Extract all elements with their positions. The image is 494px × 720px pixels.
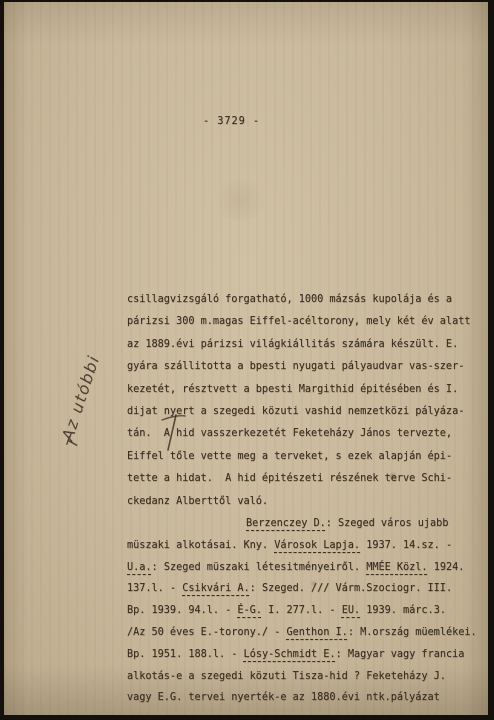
bibliography-text: 1924. [428,562,465,573]
bibliography-text: alkotás-e a szegedi közuti Tisza-hid ? F… [127,671,446,682]
bibliography-text: Bp. 1951. 188.l. - [127,649,244,660]
body-paragraph: csillagvizsgáló forgatható, 1000 mázsás … [127,289,487,513]
paragraph-line: gyára szállitotta a bpesti nyugati pálya… [127,356,487,378]
scanned-document-page: - 3729 - Az utóbbi T csillagvizsgáló for… [0,0,494,720]
paragraph-line: csillagvizsgáló forgatható, 1000 mázsás … [127,289,487,311]
bibliography-text: : Szeged. /// Várm.Szociogr. III. [250,583,452,594]
bibliography-line: Bp. 1939. 94.l. - É-G. I. 277.l. - EU. 1… [127,600,489,622]
bibliography-line: 137.l. - Csikvári A.: Szeged. /// Várm.S… [127,578,489,600]
bibliography-line: /Az 50 éves E.-torony./ - Genthon I.: M.… [127,622,489,644]
bibliography-line: U.a.: Szeged müszaki létesitményeiről. M… [127,557,489,579]
paragraph-line: párizsi 300 m.magas Eiffel-acéltorony, m… [127,311,487,333]
page-number: - 3729 - [203,116,260,127]
bibliography-reference-name: MMÉE Közl. [366,562,427,573]
bibliography-reference-name: Csikvári A. [182,583,249,594]
bibliography-text: : Magyar vagy francia [336,649,465,660]
paragraph-line: ckedanz Alberttől való. [127,491,487,513]
bibliography-reference-name: Lósy-Schmidt E. [244,649,336,660]
bibliography-reference-name: Berzenczey D. [246,518,326,529]
bibliography-text: 1937. 14.sz. - [360,540,452,551]
bibliography-text: : Szeged város ujabb [326,518,449,529]
bibliography-line: vagy E.G. tervei nyerték-e az 1880.évi n… [127,687,489,709]
bibliography-reference-name: Genthon I. [286,627,347,638]
bibliography-text: : Szeged müszaki létesitményeiről. [152,562,367,573]
bibliography-text: müszaki alkotásai. Kny. [127,540,274,551]
paragraph-line: tán. A hid vasszerkezetét Feketeházy Ján… [127,423,487,445]
bibliography-text: /Az 50 éves E.-torony./ - [127,627,286,638]
bibliography-text: vagy E.G. tervei nyerték-e az 1880.évi n… [127,692,440,703]
paragraph-line: kezetét, résztvett a bpesti Margithid ép… [127,379,487,401]
paragraph-line: Eiffel tőle vette meg a terveket, s ezek… [127,446,487,468]
bibliography-reference-name: U.a. [127,562,152,573]
bibliography-text: 137.l. - [127,583,182,594]
bibliography-line: Bp. 1951. 188.l. - Lósy-Schmidt E.: Magy… [127,644,489,666]
bibliography-text: I. 277.l. - [262,605,342,616]
bibliography-reference-name: É-G. [237,605,262,616]
paragraph-line: az 1889.évi párizsi világkiállitás számá… [127,334,487,356]
bibliography-text: 1939. márc.3. [360,605,446,616]
paragraph-line: dijat nyert a szegedi közuti vashid nemz… [127,401,487,423]
bibliography-reference-name: EU. [342,605,360,616]
bibliography-line: alkotás-e a szegedi közuti Tisza-hid ? F… [127,666,489,688]
bibliography: Berzenczey D.: Szeged város ujabbmüszaki… [127,513,489,709]
bibliography-line: müszaki alkotásai. Kny. Városok Lapja. 1… [127,535,489,557]
bibliography-text: : M.ország müemlékei. [348,627,477,638]
bibliography-reference-name: Városok Lapja. [274,540,360,551]
bibliography-text: Bp. 1939. 94.l. - [127,605,237,616]
bibliography-line: Berzenczey D.: Szeged város ujabb [127,513,489,535]
paragraph-line: tette a hidat. A hid épitészeti részének… [127,468,487,490]
